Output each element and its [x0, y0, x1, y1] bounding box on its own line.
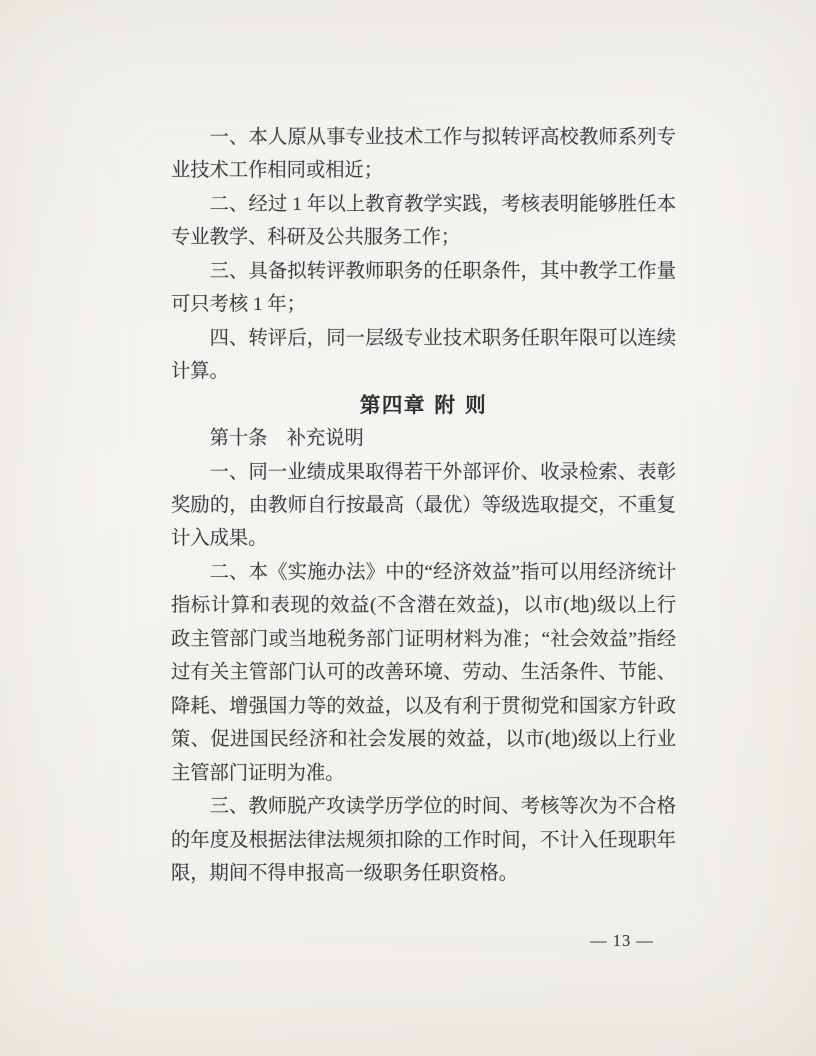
document-body: 一、本人原从事专业技术工作与拟转评高校教师系列专业技术工作相同或相近； 二、经过… — [171, 121, 676, 890]
clause-1: 一、本人原从事专业技术工作与拟转评高校教师系列专业技术工作相同或相近； — [171, 121, 676, 188]
article-heading: 第十条 补充说明 — [171, 422, 676, 455]
supplement-clause-3: 三、教师脱产攻读学历学位的时间、考核等次为不合格的年度及根据法律法规须扣除的工作… — [171, 790, 676, 890]
chapter-heading: 第四章 附 则 — [171, 389, 676, 422]
clause-4: 四、转评后，同一层级专业技术职务任职年限可以连续计算。 — [171, 322, 676, 389]
supplement-clause-2: 二、本《实施办法》中的“经济效益”指可以用经济统计指标计算和表现的效益(不含潜在… — [171, 556, 676, 790]
supplement-clause-1: 一、同一业绩成果取得若干外部评价、收录检索、表彰奖励的，由教师自行按最高（最优）… — [171, 456, 676, 556]
page-number: — 13 — — [576, 930, 668, 951]
clause-2: 二、经过 1 年以上教育教学实践，考核表明能够胜任本专业教学、科研及公共服务工作… — [171, 188, 676, 255]
scanned-document-page: 一、本人原从事专业技术工作与拟转评高校教师系列专业技术工作相同或相近； 二、经过… — [0, 0, 816, 1056]
clause-3: 三、具备拟转评教师职务的任职条件，其中教学工作量可只考核 1 年； — [171, 255, 676, 322]
